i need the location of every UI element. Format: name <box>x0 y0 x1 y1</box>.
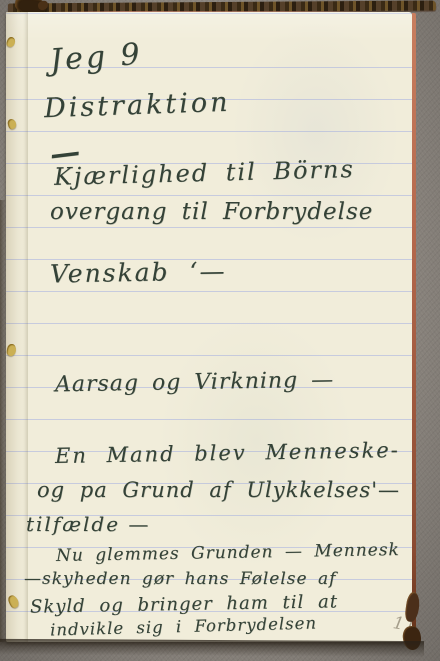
page-gutter <box>6 12 28 642</box>
handwriting-line: Aarsag og Virkning — <box>55 368 335 398</box>
page-edge-right <box>412 13 416 646</box>
gutter-shadow <box>0 200 6 642</box>
handwriting-line: tilfælde — <box>26 512 150 536</box>
handwriting-line: Jeg 9 <box>49 37 144 78</box>
handwriting-line: og pa Grund af Ulykkelses'— <box>37 478 400 502</box>
photograph-background: Jeg 9 Distraktion — Kjærlighed til Börns… <box>0 0 440 661</box>
handwriting-line: Venskab ʻ— <box>50 256 227 288</box>
handwriting-line: Distraktion <box>44 87 231 124</box>
handwriting-line: —skyheden gør hans Følelse af <box>24 569 336 589</box>
page-shadow <box>0 639 424 657</box>
handwriting-line: overgang til Forbrydelse <box>50 199 373 225</box>
